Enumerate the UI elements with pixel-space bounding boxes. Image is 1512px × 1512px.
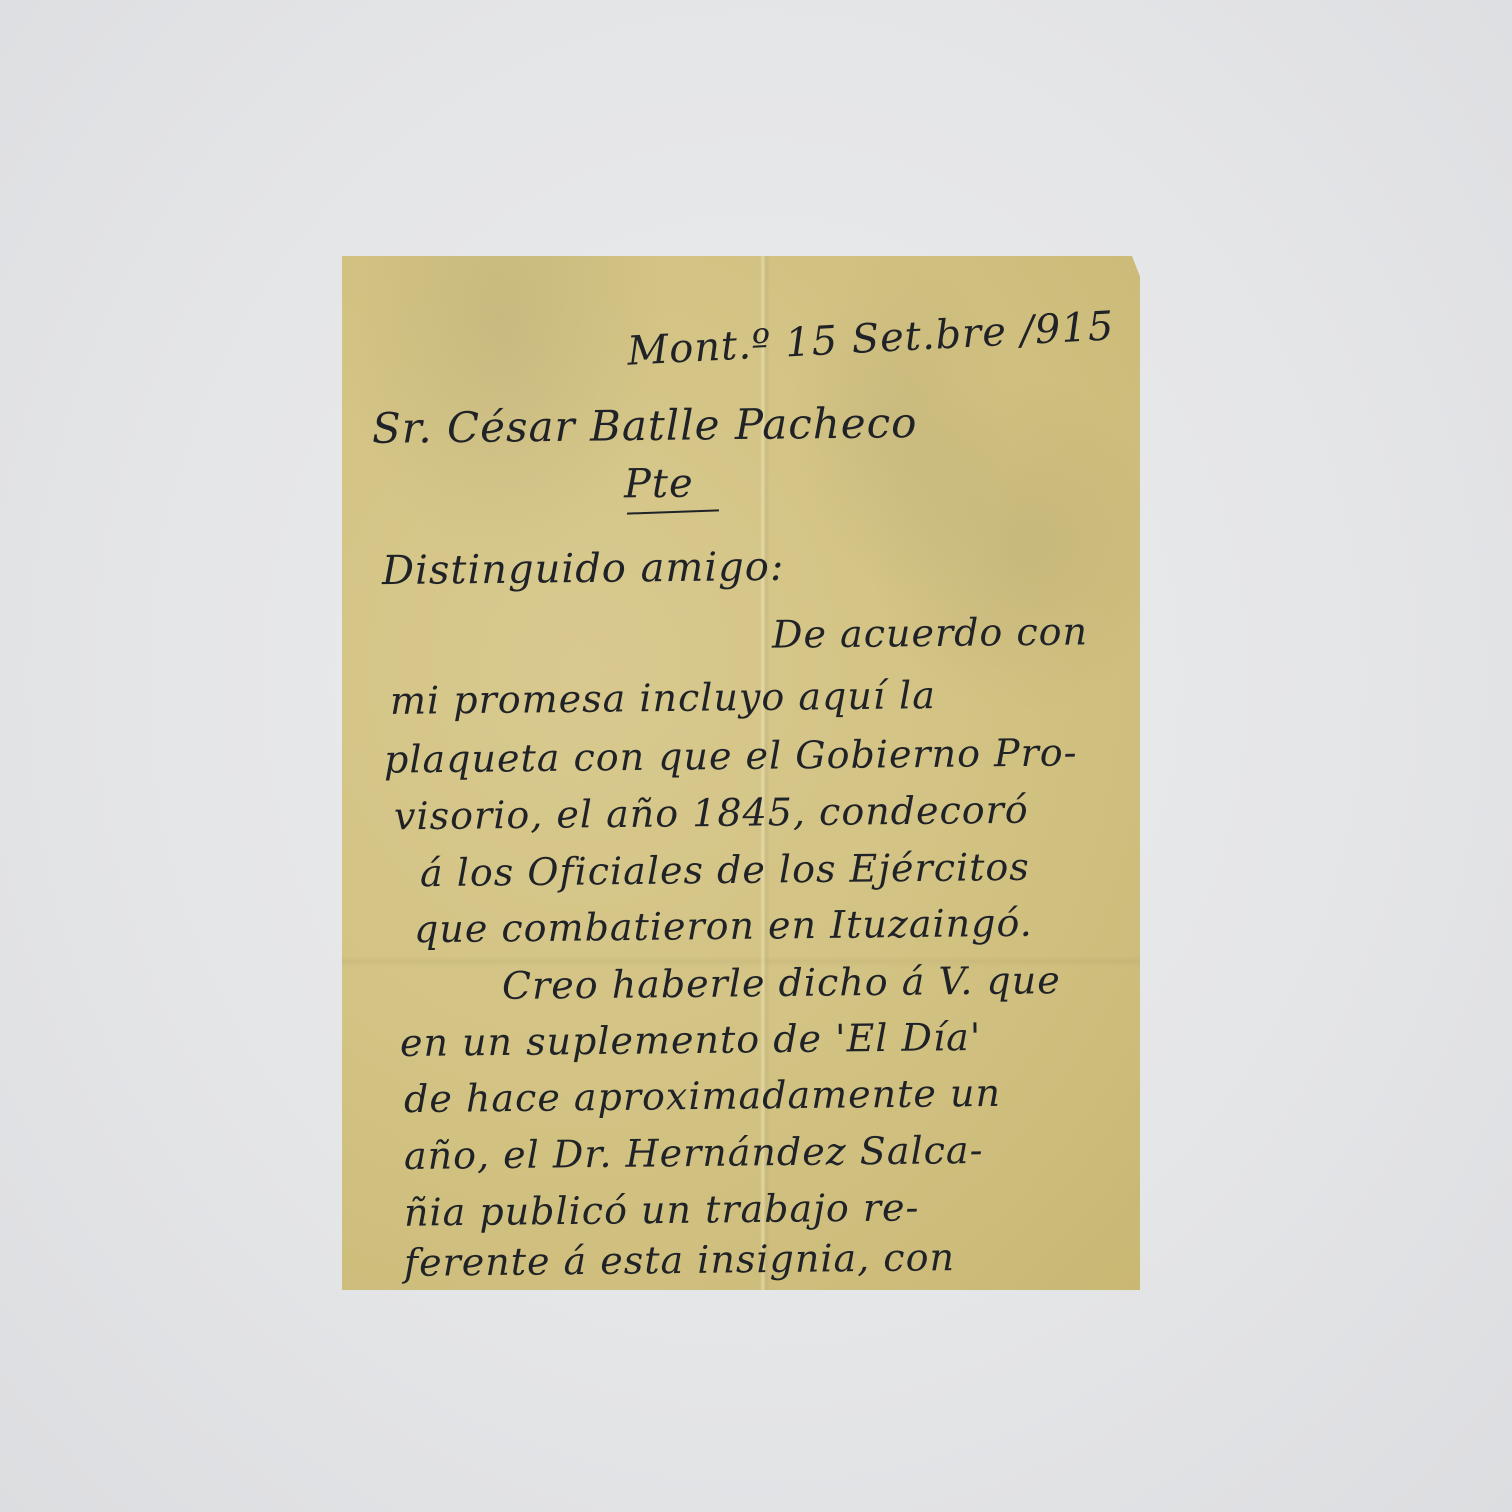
body-line: ferente á esta insignia, con (404, 1235, 955, 1285)
body-line: en un suplemento de 'El Día' (400, 1015, 982, 1065)
letter-sheet: Mont.º 15 Set.bre /915 Sr. César Batlle … (342, 256, 1140, 1290)
body-line: visorio, el año 1845, condecoró (394, 788, 1029, 839)
body-line: Creo haberle dicho á V. que (502, 958, 1061, 1008)
addressee-line: Sr. César Batlle Pacheco (372, 398, 918, 453)
body-line: año, el Dr. Hernández Salca- (404, 1128, 984, 1178)
body-line: ñia publicó un trabajo re- (404, 1185, 920, 1234)
place-line: Pte (624, 461, 694, 508)
body-line: plaqueta con que el Gobierno Pro- (384, 730, 1078, 781)
body-line: de hace aproximadamente un (404, 1071, 1001, 1121)
body-line: mi promesa incluyo aquí la (390, 673, 936, 723)
body-line: á los Oficiales de los Ejércitos (420, 845, 1030, 895)
body-line: De acuerdo con (772, 609, 1088, 656)
body-line: que combatieron en Ituzaingó. (414, 901, 1033, 951)
greeting-line: Distinguido amigo: (382, 544, 785, 594)
